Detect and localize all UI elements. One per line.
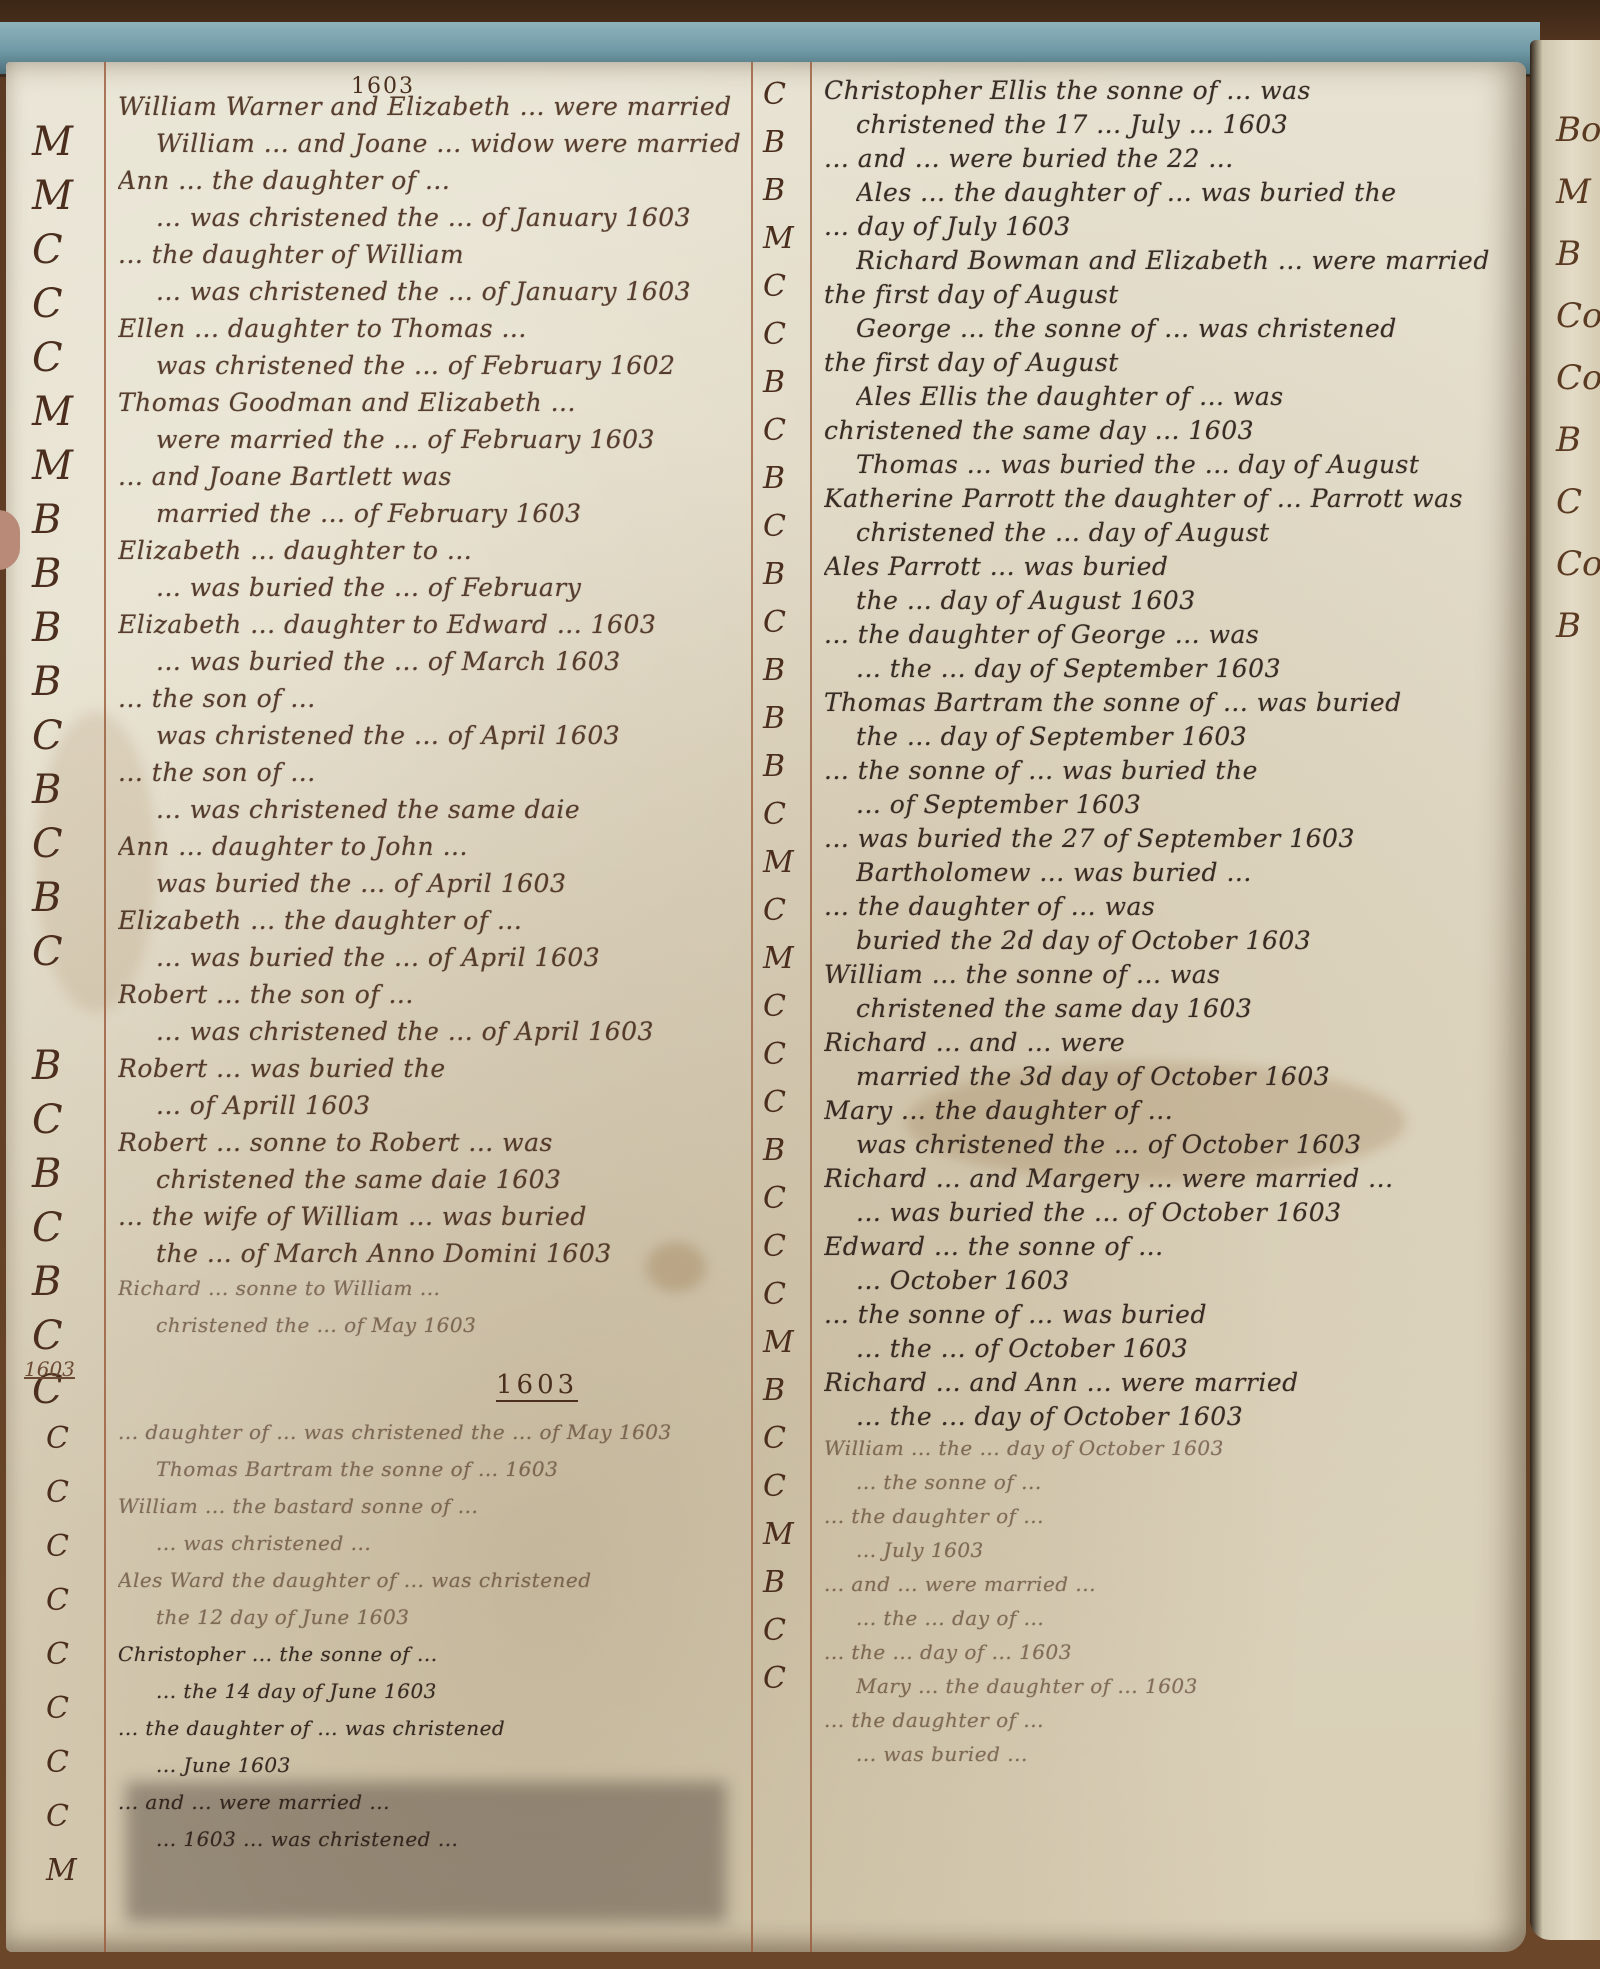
facing-margin-letter: C bbox=[1556, 482, 1582, 522]
register-entry: Edward ... the sonne of ... bbox=[824, 1232, 1494, 1261]
register-entry: christened the ... of May 1603 bbox=[156, 1313, 741, 1337]
center-rule-left bbox=[751, 62, 753, 1952]
margin-letter: B bbox=[763, 176, 785, 206]
margin-letter: C bbox=[763, 992, 786, 1022]
margin-letter: B bbox=[763, 704, 785, 734]
register-entry: ... the sonne of ... was buried bbox=[824, 1300, 1494, 1329]
register-entry: Richard Bowman and Elizabeth ... were ma… bbox=[856, 246, 1496, 275]
margin-letter: C bbox=[46, 1532, 69, 1562]
margin-letter: C bbox=[763, 896, 786, 926]
register-entry: ... 1603 ... was christened ... bbox=[156, 1827, 741, 1851]
margin-letter: M bbox=[32, 446, 73, 486]
thumb-at-edge bbox=[0, 510, 20, 570]
register-entry: William ... the sonne of ... was bbox=[824, 960, 1494, 989]
photograph-scene: BoMBCoCoBCCoB 1603 MMCCCMMBBBBCBCBCBCBCB… bbox=[0, 0, 1600, 1969]
register-entry: George ... the sonne of ... was christen… bbox=[856, 314, 1496, 343]
facing-margin-letter: Co bbox=[1556, 544, 1600, 584]
register-entry: the first day of August bbox=[824, 348, 1494, 377]
margin-letter: C bbox=[46, 1694, 69, 1724]
register-entry: ... the daughter of ... bbox=[824, 1708, 1494, 1732]
register-entry: Thomas Bartram the sonne of ... 1603 bbox=[156, 1457, 741, 1481]
register-entry: ... of September 1603 bbox=[856, 790, 1496, 819]
margin-letter: B bbox=[32, 1046, 61, 1086]
register-entry: Elizabeth ... daughter to Edward ... 160… bbox=[118, 610, 738, 639]
register-entry: Christopher Ellis the sonne of ... was bbox=[824, 76, 1494, 105]
facing-margin-letter: Co bbox=[1556, 296, 1600, 336]
register-entry: ... was christened the ... of January 16… bbox=[156, 203, 741, 232]
register-entry: was buried the ... of April 1603 bbox=[156, 869, 741, 898]
register-entry: Bartholomew ... was buried ... bbox=[856, 858, 1496, 887]
register-entry: ... June 1603 bbox=[156, 1753, 741, 1777]
facing-margin-letter: Bo bbox=[1556, 110, 1600, 150]
register-entry: christened the same daie 1603 bbox=[156, 1165, 741, 1194]
margin-letter: B bbox=[32, 770, 61, 810]
register-entry: Mary ... the daughter of ... bbox=[824, 1096, 1494, 1125]
register-entry: Thomas Bartram the sonne of ... was buri… bbox=[824, 688, 1494, 717]
register-entry: Richard ... and Ann ... were married bbox=[824, 1368, 1494, 1397]
margin-letter: C bbox=[32, 1316, 63, 1356]
register-entry: ... was buried the ... of April 1603 bbox=[156, 943, 741, 972]
register-entry: christened the same day ... 1603 bbox=[824, 416, 1494, 445]
register-entry: christened the same day 1603 bbox=[856, 994, 1496, 1023]
margin-letter: M bbox=[32, 392, 73, 432]
register-entry: ... the ... of October 1603 bbox=[856, 1334, 1496, 1363]
margin-letter: C bbox=[32, 1100, 63, 1140]
register-entry: William ... the ... day of October 1603 bbox=[824, 1436, 1494, 1460]
facing-margin-letter: B bbox=[1556, 420, 1581, 460]
margin-letter: B bbox=[763, 128, 785, 158]
register-entry: christened the ... day of August bbox=[856, 518, 1496, 547]
margin-letter: C bbox=[46, 1748, 69, 1778]
register-entry: William ... the bastard sonne of ... bbox=[118, 1494, 738, 1518]
margin-letter: B bbox=[763, 752, 785, 782]
register-entry: Thomas ... was buried the ... day of Aug… bbox=[856, 450, 1496, 479]
register-entry: Thomas Goodman and Elizabeth ... bbox=[118, 388, 738, 417]
register-entry: ... the daughter of ... was bbox=[824, 892, 1494, 921]
facing-margin-letter: B bbox=[1556, 606, 1581, 646]
register-entry: Ann ... the daughter of ... bbox=[118, 166, 738, 195]
margin-letter: M bbox=[763, 848, 794, 878]
margin-letter: M bbox=[763, 1328, 794, 1358]
register-entry: buried the 2d day of October 1603 bbox=[856, 926, 1496, 955]
register-entry: Ales Ward the daughter of ... was christ… bbox=[118, 1568, 738, 1592]
register-entry: ... the 14 day of June 1603 bbox=[156, 1679, 741, 1703]
margin-letter: C bbox=[763, 512, 786, 542]
register-entry: Richard ... and Margery ... were married… bbox=[824, 1164, 1494, 1193]
margin-letter: C bbox=[763, 1040, 786, 1070]
subheading-year: 1603 bbox=[496, 1370, 578, 1402]
margin-letter: B bbox=[32, 554, 61, 594]
register-entry: William Warner and Elizabeth ... were ma… bbox=[118, 92, 738, 121]
register-entry: ... was christened the same daie bbox=[156, 795, 741, 824]
register-entry: ... day of July 1603 bbox=[824, 212, 1494, 241]
margin-letter: C bbox=[46, 1424, 69, 1454]
margin-letter: C bbox=[763, 1424, 786, 1454]
register-entry: the ... day of September 1603 bbox=[856, 722, 1496, 751]
register-entry: was christened the ... of April 1603 bbox=[156, 721, 741, 750]
register-entry: Robert ... sonne to Robert ... was bbox=[118, 1128, 738, 1157]
margin-letter: M bbox=[763, 224, 794, 254]
register-entry: Elizabeth ... the daughter of ... bbox=[118, 906, 738, 935]
register-entry: ... the ... day of October 1603 bbox=[856, 1402, 1496, 1431]
margin-letter: C bbox=[46, 1640, 69, 1670]
register-entry: the 12 day of June 1603 bbox=[156, 1605, 741, 1629]
register-entry: ... daughter of ... was christened the .… bbox=[118, 1420, 738, 1444]
margin-letter: M bbox=[763, 1520, 794, 1550]
register-entry: Christopher ... the sonne of ... bbox=[118, 1642, 738, 1666]
register-entry: ... the ... day of ... bbox=[856, 1606, 1496, 1630]
register-entry: ... of Aprill 1603 bbox=[156, 1091, 741, 1120]
register-entry: ... July 1603 bbox=[856, 1538, 1496, 1562]
register-entry: Ales Parrott ... was buried bbox=[824, 552, 1494, 581]
margin-year-note: 1603 bbox=[24, 1357, 75, 1381]
margin-letter: B bbox=[763, 560, 785, 590]
margin-letter: C bbox=[763, 1088, 786, 1118]
margin-letter: B bbox=[763, 656, 785, 686]
margin-letter: C bbox=[763, 80, 786, 110]
margin-letter: C bbox=[763, 1184, 786, 1214]
facing-margin-letter: M bbox=[1556, 172, 1591, 212]
register-entry: Ales ... the daughter of ... was buried … bbox=[856, 178, 1496, 207]
register-entry: ... was buried the 27 of September 1603 bbox=[824, 824, 1494, 853]
facing-margin-letter: Co bbox=[1556, 358, 1600, 398]
margin-letter: B bbox=[32, 878, 61, 918]
register-entry: ... the daughter of George ... was bbox=[824, 620, 1494, 649]
register-entry: ... the sonne of ... bbox=[856, 1470, 1496, 1494]
margin-letter: B bbox=[763, 1136, 785, 1166]
margin-letter: C bbox=[763, 800, 786, 830]
margin-letter: M bbox=[32, 176, 73, 216]
margin-letter: C bbox=[32, 338, 63, 378]
margin-letter: C bbox=[46, 1586, 69, 1616]
margin-letter: M bbox=[763, 944, 794, 974]
register-entry: ... the daughter of ... bbox=[824, 1504, 1494, 1528]
margin-letter: C bbox=[763, 1472, 786, 1502]
margin-letter: C bbox=[32, 716, 63, 756]
margin-letter: M bbox=[46, 1856, 77, 1886]
margin-letter: B bbox=[763, 368, 785, 398]
facing-margin-letter: B bbox=[1556, 234, 1581, 274]
register-entry: was christened the ... of February 1602 bbox=[156, 351, 741, 380]
center-rule-right bbox=[810, 62, 812, 1952]
register-entry: ... the daughter of ... was christened bbox=[118, 1716, 738, 1740]
register-entry: Richard ... sonne to William ... bbox=[118, 1276, 738, 1300]
margin-letter: C bbox=[763, 1280, 786, 1310]
register-entry: ... was christened the ... of January 16… bbox=[156, 277, 741, 306]
margin-letter: C bbox=[32, 932, 63, 972]
register-entry: Robert ... was buried the bbox=[118, 1054, 738, 1083]
register-entry: the ... of March Anno Domini 1603 bbox=[156, 1239, 741, 1268]
register-entry: the ... day of August 1603 bbox=[856, 586, 1496, 615]
margin-letter: C bbox=[763, 1664, 786, 1694]
margin-letter: B bbox=[32, 1262, 61, 1302]
margin-letter: B bbox=[32, 500, 61, 540]
margin-letter: C bbox=[46, 1478, 69, 1508]
register-entry: the first day of August bbox=[824, 280, 1494, 309]
margin-letter: C bbox=[763, 608, 786, 638]
margin-letter: B bbox=[32, 608, 61, 648]
register-entry: ... was buried the ... of February bbox=[156, 573, 741, 602]
facing-page: BoMBCoCoBCCoB bbox=[1530, 40, 1600, 1940]
margin-letter: C bbox=[32, 824, 63, 864]
register-entry: ... the ... day of September 1603 bbox=[856, 654, 1496, 683]
margin-letter: C bbox=[763, 416, 786, 446]
register-entry: ... was buried the ... of October 1603 bbox=[856, 1198, 1496, 1227]
register-entry: ... was christened ... bbox=[156, 1531, 741, 1555]
register-entry: Ellen ... daughter to Thomas ... bbox=[118, 314, 738, 343]
margin-letter: C bbox=[32, 1208, 63, 1248]
register-entry: Richard ... and ... were bbox=[824, 1028, 1494, 1057]
register-entry: ... October 1603 bbox=[856, 1266, 1496, 1295]
register-entry: were married the ... of February 1603 bbox=[156, 425, 741, 454]
register-entry: ... and ... were married ... bbox=[824, 1572, 1494, 1596]
register-entry: ... was christened the ... of April 1603 bbox=[156, 1017, 741, 1046]
register-entry: ... was buried ... bbox=[856, 1742, 1496, 1766]
margin-letter: C bbox=[763, 1232, 786, 1262]
margin-letter: C bbox=[763, 272, 786, 302]
register-entry: Ann ... daughter to John ... bbox=[118, 832, 738, 861]
margin-letter: B bbox=[763, 1376, 785, 1406]
margin-letter: B bbox=[32, 662, 61, 702]
register-entry: ... and ... were married ... bbox=[118, 1790, 738, 1814]
margin-letter: M bbox=[32, 122, 73, 162]
register-entry: Katherine Parrott the daughter of ... Pa… bbox=[824, 484, 1494, 513]
margin-letter: C bbox=[763, 1616, 786, 1646]
register-entry: ... was buried the ... of March 1603 bbox=[156, 647, 741, 676]
margin-letter: C bbox=[763, 320, 786, 350]
register-entry: ... the daughter of William bbox=[118, 240, 738, 269]
register-entry: ... the sonne of ... was buried the bbox=[824, 756, 1494, 785]
register-entry: ... and Joane Bartlett was bbox=[118, 462, 738, 491]
margin-letter: C bbox=[46, 1802, 69, 1832]
register-leaf: 1603 MMCCCMMBBBBCBCBCBCBCBCCCCCCCCCCM Wi… bbox=[6, 62, 1526, 1952]
register-entry: William ... and Joane ... widow were mar… bbox=[156, 129, 741, 158]
register-entry: was christened the ... of October 1603 bbox=[856, 1130, 1496, 1159]
margin-letter: B bbox=[763, 464, 785, 494]
register-entry: Elizabeth ... daughter to ... bbox=[118, 536, 738, 565]
register-entry: married the 3d day of October 1603 bbox=[856, 1062, 1496, 1091]
register-entry: ... the son of ... bbox=[118, 684, 738, 713]
register-entry: ... the son of ... bbox=[118, 758, 738, 787]
register-entry: ... the wife of William ... was buried bbox=[118, 1202, 738, 1231]
register-entry: ... the ... day of ... 1603 bbox=[824, 1640, 1494, 1664]
register-entry: Mary ... the daughter of ... 1603 bbox=[856, 1674, 1496, 1698]
register-entry: Robert ... the son of ... bbox=[118, 980, 738, 1009]
margin-letter: B bbox=[32, 1154, 61, 1194]
margin-letter: B bbox=[763, 1568, 785, 1598]
margin-letter: C bbox=[32, 284, 63, 324]
register-entry: Ales Ellis the daughter of ... was bbox=[856, 382, 1496, 411]
register-entry: ... and ... were buried the 22 ... bbox=[824, 144, 1494, 173]
margin-letter: C bbox=[32, 230, 63, 270]
register-entry: christened the 17 ... July ... 1603 bbox=[856, 110, 1496, 139]
register-entry: married the ... of February 1603 bbox=[156, 499, 741, 528]
